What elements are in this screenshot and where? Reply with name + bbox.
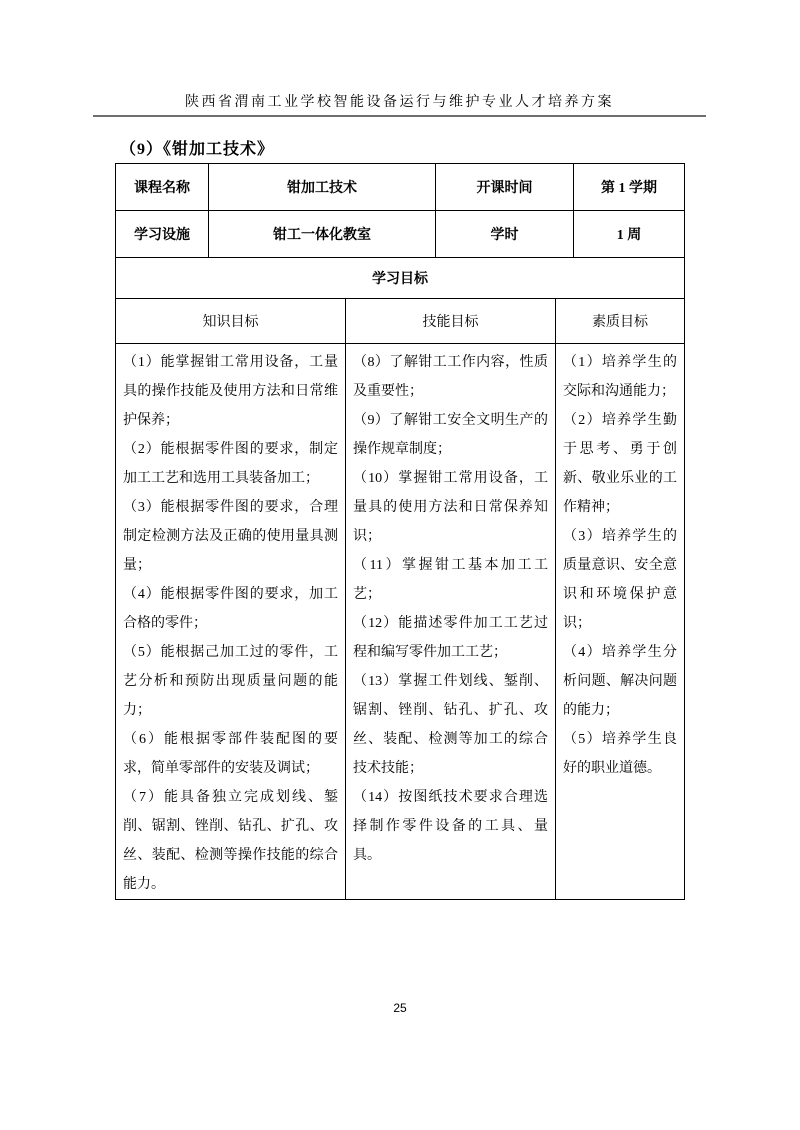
goal-item: （4）能根据零件图的要求，加工合格的零件；: [123, 580, 338, 638]
goal-item: （5）能根据己加工过的零件，工艺分析和预防出现质量问题的能力；: [123, 638, 338, 725]
facility-label: 学习设施: [116, 211, 209, 257]
header-rule-divider: [93, 115, 706, 117]
goal-item: （10）掌握钳工常用设备，工量具的使用方法和日常保养知识；: [353, 464, 548, 551]
learning-goals-header: 学习目标: [116, 258, 684, 298]
course-info-table: 课程名称 钳加工技术 开课时间 第 1 学期 学习设施 钳工一体化教室 学时 1…: [115, 163, 685, 900]
hours-value: 1 周: [574, 211, 684, 257]
goal-item: （2）能根据零件图的要求，制定加工工艺和选用工具装备加工；: [123, 435, 338, 493]
goal-item: （7）能具备独立完成划线、錾削、锯割、锉削、钻孔、扩孔、攻丝、装配、检测等操作技…: [123, 783, 338, 899]
table-row: 知识目标 技能目标 素质目标: [116, 299, 684, 344]
goal-item: （3）培养学生的质量意识、安全意识和环境保护意识；: [563, 522, 677, 638]
knowledge-goals-header: 知识目标: [116, 299, 346, 343]
table-row: 学习目标: [116, 258, 684, 299]
goal-item: （3）能根据零件图的要求，合理制定检测方法及正确的使用量具测量；: [123, 493, 338, 580]
goal-item: （9）了解钳工安全文明生产的操作规章制度；: [353, 406, 548, 464]
start-time-label: 开课时间: [436, 164, 574, 210]
goal-item: （6）能根据零部件装配图的要求，简单零部件的安装及调试；: [123, 725, 338, 783]
knowledge-goals-cell: （1）能掌握钳工常用设备，工量具的操作技能及使用方法和日常维护保养； （2）能根…: [116, 344, 346, 899]
goal-item: （8）了解钳工工作内容，性质及重要性；: [353, 348, 548, 406]
page-number: 25: [0, 1001, 800, 1015]
table-row: 学习设施 钳工一体化教室 学时 1 周: [116, 211, 684, 258]
skill-goals-header: 技能目标: [346, 299, 556, 343]
goal-item: （1）培养学生的交际和沟通能力；: [563, 348, 677, 406]
quality-goals-header: 素质目标: [556, 299, 684, 343]
goal-item: （13）掌握工件划线、錾削、锯割、锉削、钻孔、扩孔、攻丝、装配、检测等加工的综合…: [353, 667, 548, 783]
document-page: 陕西省渭南工业学校智能设备运行与维护专业人才培养方案 （9）《钳加工技术》 课程…: [0, 0, 800, 1130]
section-title: （9）《钳加工技术》: [120, 136, 274, 159]
skill-goals-cell: （8）了解钳工工作内容，性质及重要性； （9）了解钳工安全文明生产的操作规章制度…: [346, 344, 556, 899]
goal-item: （12）能描述零件加工工艺过程和编写零件加工工艺；: [353, 609, 548, 667]
start-time-value: 第 1 学期: [574, 164, 684, 210]
course-name-value: 钳加工技术: [209, 164, 436, 210]
page-header-text: 陕西省渭南工业学校智能设备运行与维护专业人才培养方案: [93, 91, 706, 111]
table-row: （1）能掌握钳工常用设备，工量具的操作技能及使用方法和日常维护保养； （2）能根…: [116, 344, 684, 899]
hours-label: 学时: [436, 211, 574, 257]
goal-item: （11）掌握钳工基本加工工艺；: [353, 551, 548, 609]
goal-item: （5）培养学生良好的职业道德。: [563, 725, 677, 783]
quality-goals-cell: （1）培养学生的交际和沟通能力； （2）培养学生勤于思考、勇于创新、敬业乐业的工…: [556, 344, 684, 899]
goal-item: （1）能掌握钳工常用设备，工量具的操作技能及使用方法和日常维护保养；: [123, 348, 338, 435]
table-row: 课程名称 钳加工技术 开课时间 第 1 学期: [116, 164, 684, 211]
goal-item: （2）培养学生勤于思考、勇于创新、敬业乐业的工作精神；: [563, 406, 677, 522]
course-name-label: 课程名称: [116, 164, 209, 210]
goal-item: （14）按图纸技术要求合理选择制作零件设备的工具、量具。: [353, 783, 548, 870]
facility-value: 钳工一体化教室: [209, 211, 436, 257]
goal-item: （4）培养学生分析问题、解决问题的能力；: [563, 638, 677, 725]
